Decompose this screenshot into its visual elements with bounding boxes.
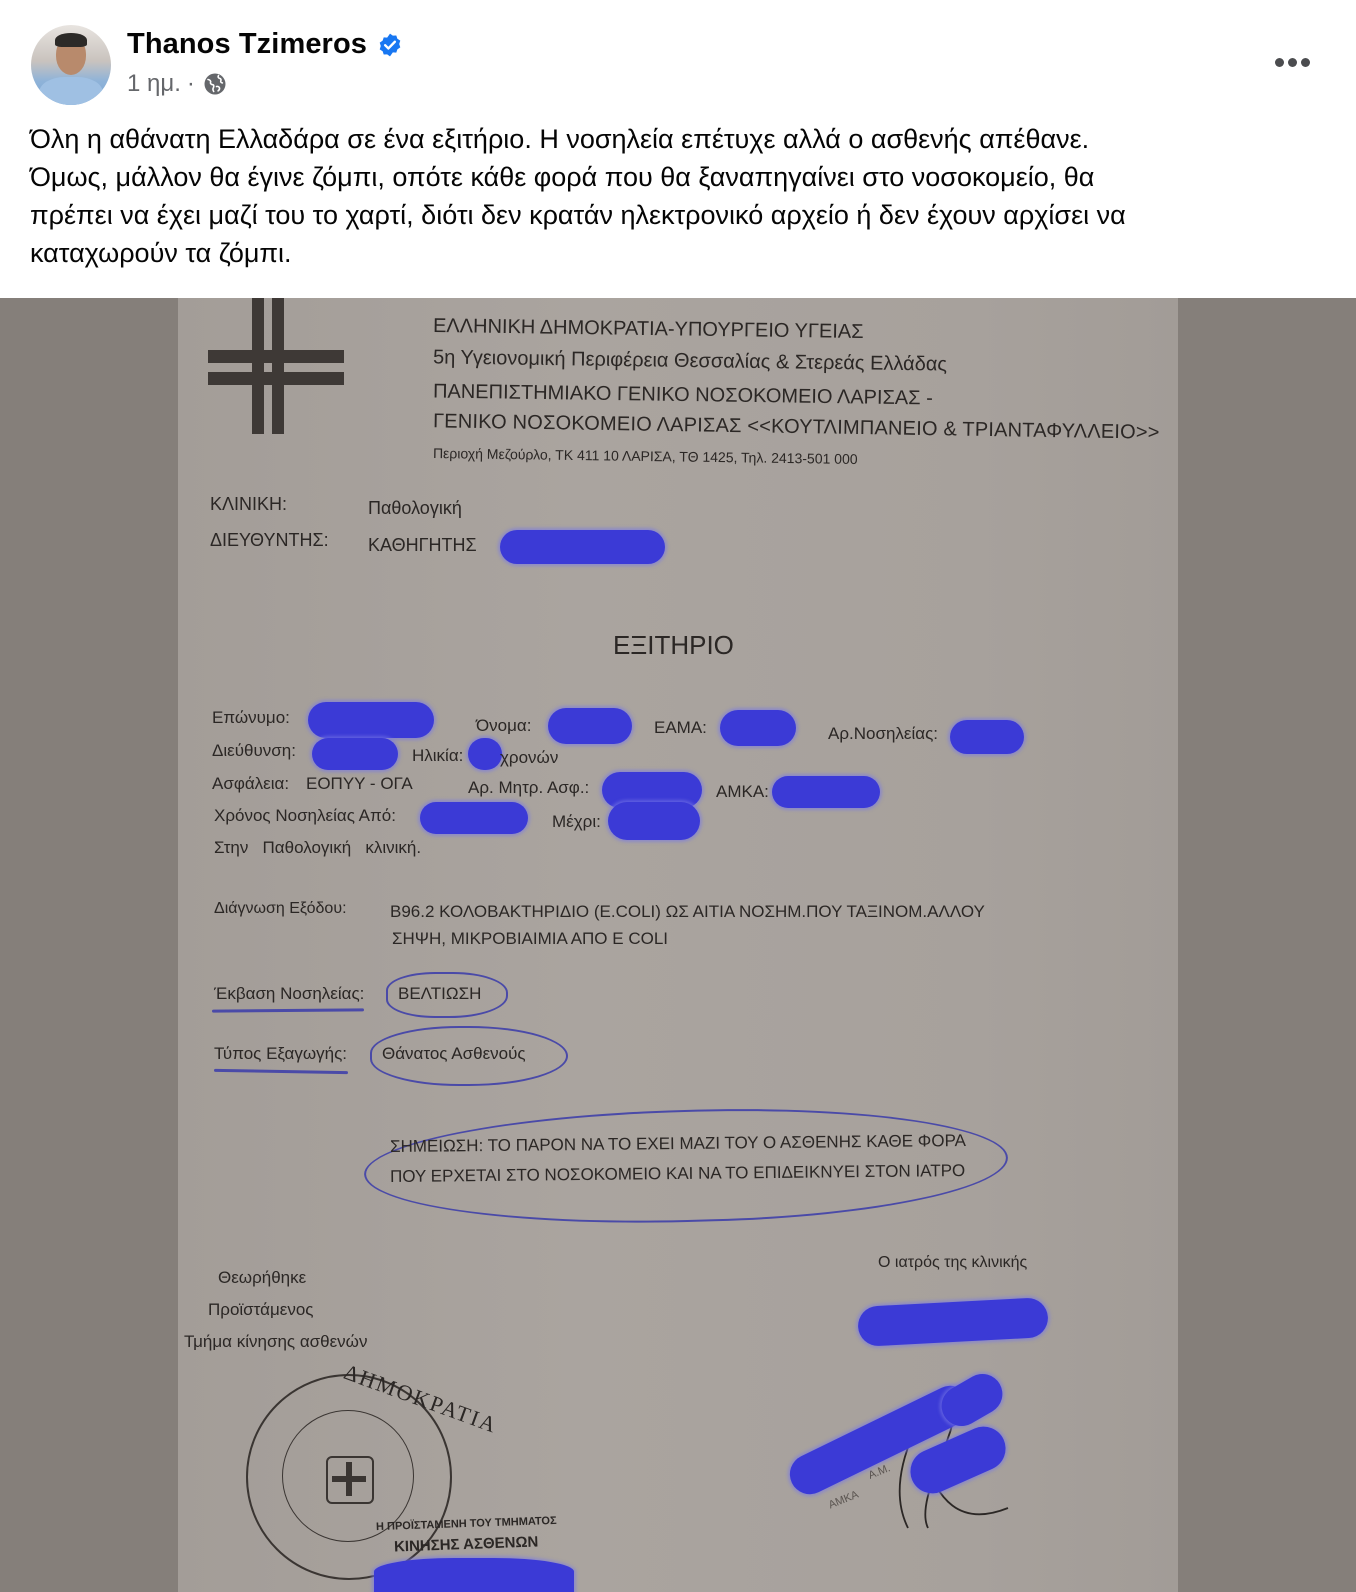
doc-header-line3: ΠΑΝΕΠΙΣΤΗΜΙΑΚΟ ΓΕΝΙΚΟ ΝΟΣΟΚΟΜΕΙΟ ΛΑΡΙΣΑΣ…	[433, 381, 933, 411]
redaction	[308, 702, 434, 738]
department-label: Τμήμα κίνησης ασθενών	[184, 1332, 367, 1352]
doc-header-line1: ΕΛΛΗΝΙΚΗ ΔΗΜΟΚΡΑΤΙΑ-ΥΠΟΥΡΓΕΙΟ ΥΓΕΙΑΣ	[433, 315, 864, 344]
diagnosis-line2: ΣΗΨΗ, ΜΙΚΡΟΒΙΑΙΜΙΑ ΑΠΟ Ε COLI	[392, 929, 668, 949]
doctor-label: Ο ιατρός της κλινικής	[878, 1254, 1027, 1272]
globe-icon[interactable]	[203, 72, 227, 96]
pen-circle	[370, 1026, 568, 1086]
post-timestamp[interactable]: 1 ημ.	[127, 70, 181, 98]
ward-line: Στην Παθολογική κλινική.	[214, 838, 421, 858]
redaction	[720, 710, 796, 746]
stay-from-label: Χρόνος Νοσηλείας Από:	[214, 806, 396, 826]
doc-header-line2: 5η Υγειονομική Περιφέρεια Θεσσαλίας & Στ…	[433, 346, 947, 376]
diagnosis-label: Διάγνωση Εξόδου:	[214, 900, 347, 918]
author-avatar[interactable]	[31, 25, 111, 105]
post-text-line: Όλη η αθάνατη Ελλαδάρα σε ένα εξιτήριο. …	[30, 120, 1330, 158]
meta-separator: ·	[187, 70, 195, 98]
pen-underline	[214, 1069, 348, 1074]
stamp-footer-line2: ΚΙΝΗΣΗΣ ΑΣΘΕΝΩΝ	[394, 1533, 539, 1555]
director-value: ΚΑΘΗΓΗΤΗΣ	[368, 535, 477, 556]
post-header: Thanos Tzimeros 1 ημ. ·	[0, 0, 1356, 110]
discharge-type-label: Τύπος Εξαγωγής:	[214, 1044, 347, 1064]
stay-to-label: Μέχρι:	[552, 812, 601, 832]
redaction	[857, 1297, 1049, 1347]
post-meta: 1 ημ. ·	[127, 70, 227, 98]
eama-label: ΕΑΜΑ:	[654, 718, 707, 738]
redaction	[312, 738, 398, 770]
clinic-value: Παθολογική	[368, 498, 462, 519]
admission-no-label: Αρ.Νοσηλείας:	[828, 724, 938, 744]
reviewed-label: Θεωρήθηκε	[218, 1268, 306, 1288]
age-label: Ηλικία:	[412, 746, 463, 766]
post-photo[interactable]: ΕΛΛΗΝΙΚΗ ΔΗΜΟΚΡΑΤΙΑ-ΥΠΟΥΡΓΕΙΟ ΥΓΕΙΑΣ 5η …	[0, 298, 1356, 1592]
redaction	[950, 720, 1024, 754]
age-unit: χρονών	[500, 748, 558, 768]
redaction	[468, 738, 502, 770]
clinic-label: ΚΛΙΝΙΚΗ:	[210, 494, 287, 515]
document-title: ΕΞΙΤΗΡΙΟ	[613, 630, 734, 661]
outcome-label: Έκβαση Νοσηλείας:	[214, 984, 364, 1004]
redaction	[608, 802, 700, 840]
pen-underline	[212, 1008, 364, 1012]
more-options-dot	[1288, 58, 1297, 67]
verified-badge-icon	[377, 32, 403, 58]
redaction	[374, 1558, 574, 1592]
diagnosis-line1: B96.2 ΚΟΛΟΒΑΚΤΗΡΙΔΙΟ (E.COLI) ΩΣ ΑΙΤΙΑ Ν…	[390, 902, 985, 922]
post-text: Όλη η αθάνατη Ελλαδάρα σε ένα εξιτήριο. …	[30, 120, 1330, 272]
more-options-icon	[1275, 58, 1284, 67]
more-options-dot	[1301, 58, 1310, 67]
post-text-line: καταχωρούν τα ζόμπι.	[30, 234, 1330, 272]
amka-label: ΑΜΚΑ:	[716, 782, 769, 802]
redaction	[548, 708, 632, 744]
surname-label: Επώνυμο:	[212, 708, 290, 728]
insurance-reg-label: Αρ. Μητρ. Ασφ.:	[468, 778, 589, 798]
more-options-button[interactable]	[1272, 50, 1312, 74]
insurance-value: ΕΟΠΥΥ - ΟΓΑ	[306, 774, 413, 794]
hospital-cross-logo	[208, 298, 348, 438]
discharge-document: ΕΛΛΗΝΙΚΗ ΔΗΜΟΚΡΑΤΙΑ-ΥΠΟΥΡΓΕΙΟ ΥΓΕΙΑΣ 5η …	[178, 298, 1178, 1592]
director-label: ΔΙΕΥΘΥΝΤΗΣ:	[210, 530, 329, 551]
author-name[interactable]: Thanos Tzimeros	[127, 28, 367, 61]
name-label: Όνομα:	[476, 716, 531, 736]
doc-header-address: Περιοχή Μεζούρλο, ΤΚ 411 10 ΛΑΡΙΣΑ, ΤΘ 1…	[433, 445, 858, 467]
insurance-label: Ασφάλεια:	[212, 774, 289, 794]
post-text-line: Όμως, μάλλον θα έγινε ζόμπι, οπότε κάθε …	[30, 158, 1330, 196]
post-text-line: πρέπει να έχει μαζί του το χαρτί, διότι …	[30, 196, 1330, 234]
redaction	[420, 802, 528, 834]
pen-circle	[386, 972, 508, 1018]
redaction	[500, 530, 665, 564]
doctor-stamp-line: ΑΜΚΑ	[827, 1489, 860, 1512]
author-row: Thanos Tzimeros	[127, 28, 403, 61]
redaction	[772, 776, 880, 808]
address-label: Διεύθυνση:	[212, 741, 296, 761]
doc-header-line4: ΓΕΝΙΚΟ ΝΟΣΟΚΟΜΕΙΟ ΛΑΡΙΣΑΣ <<ΚΟΥΤΛΙΜΠΑΝΕΙ…	[433, 410, 1160, 444]
supervisor-label: Προϊστάμενος	[208, 1300, 314, 1320]
